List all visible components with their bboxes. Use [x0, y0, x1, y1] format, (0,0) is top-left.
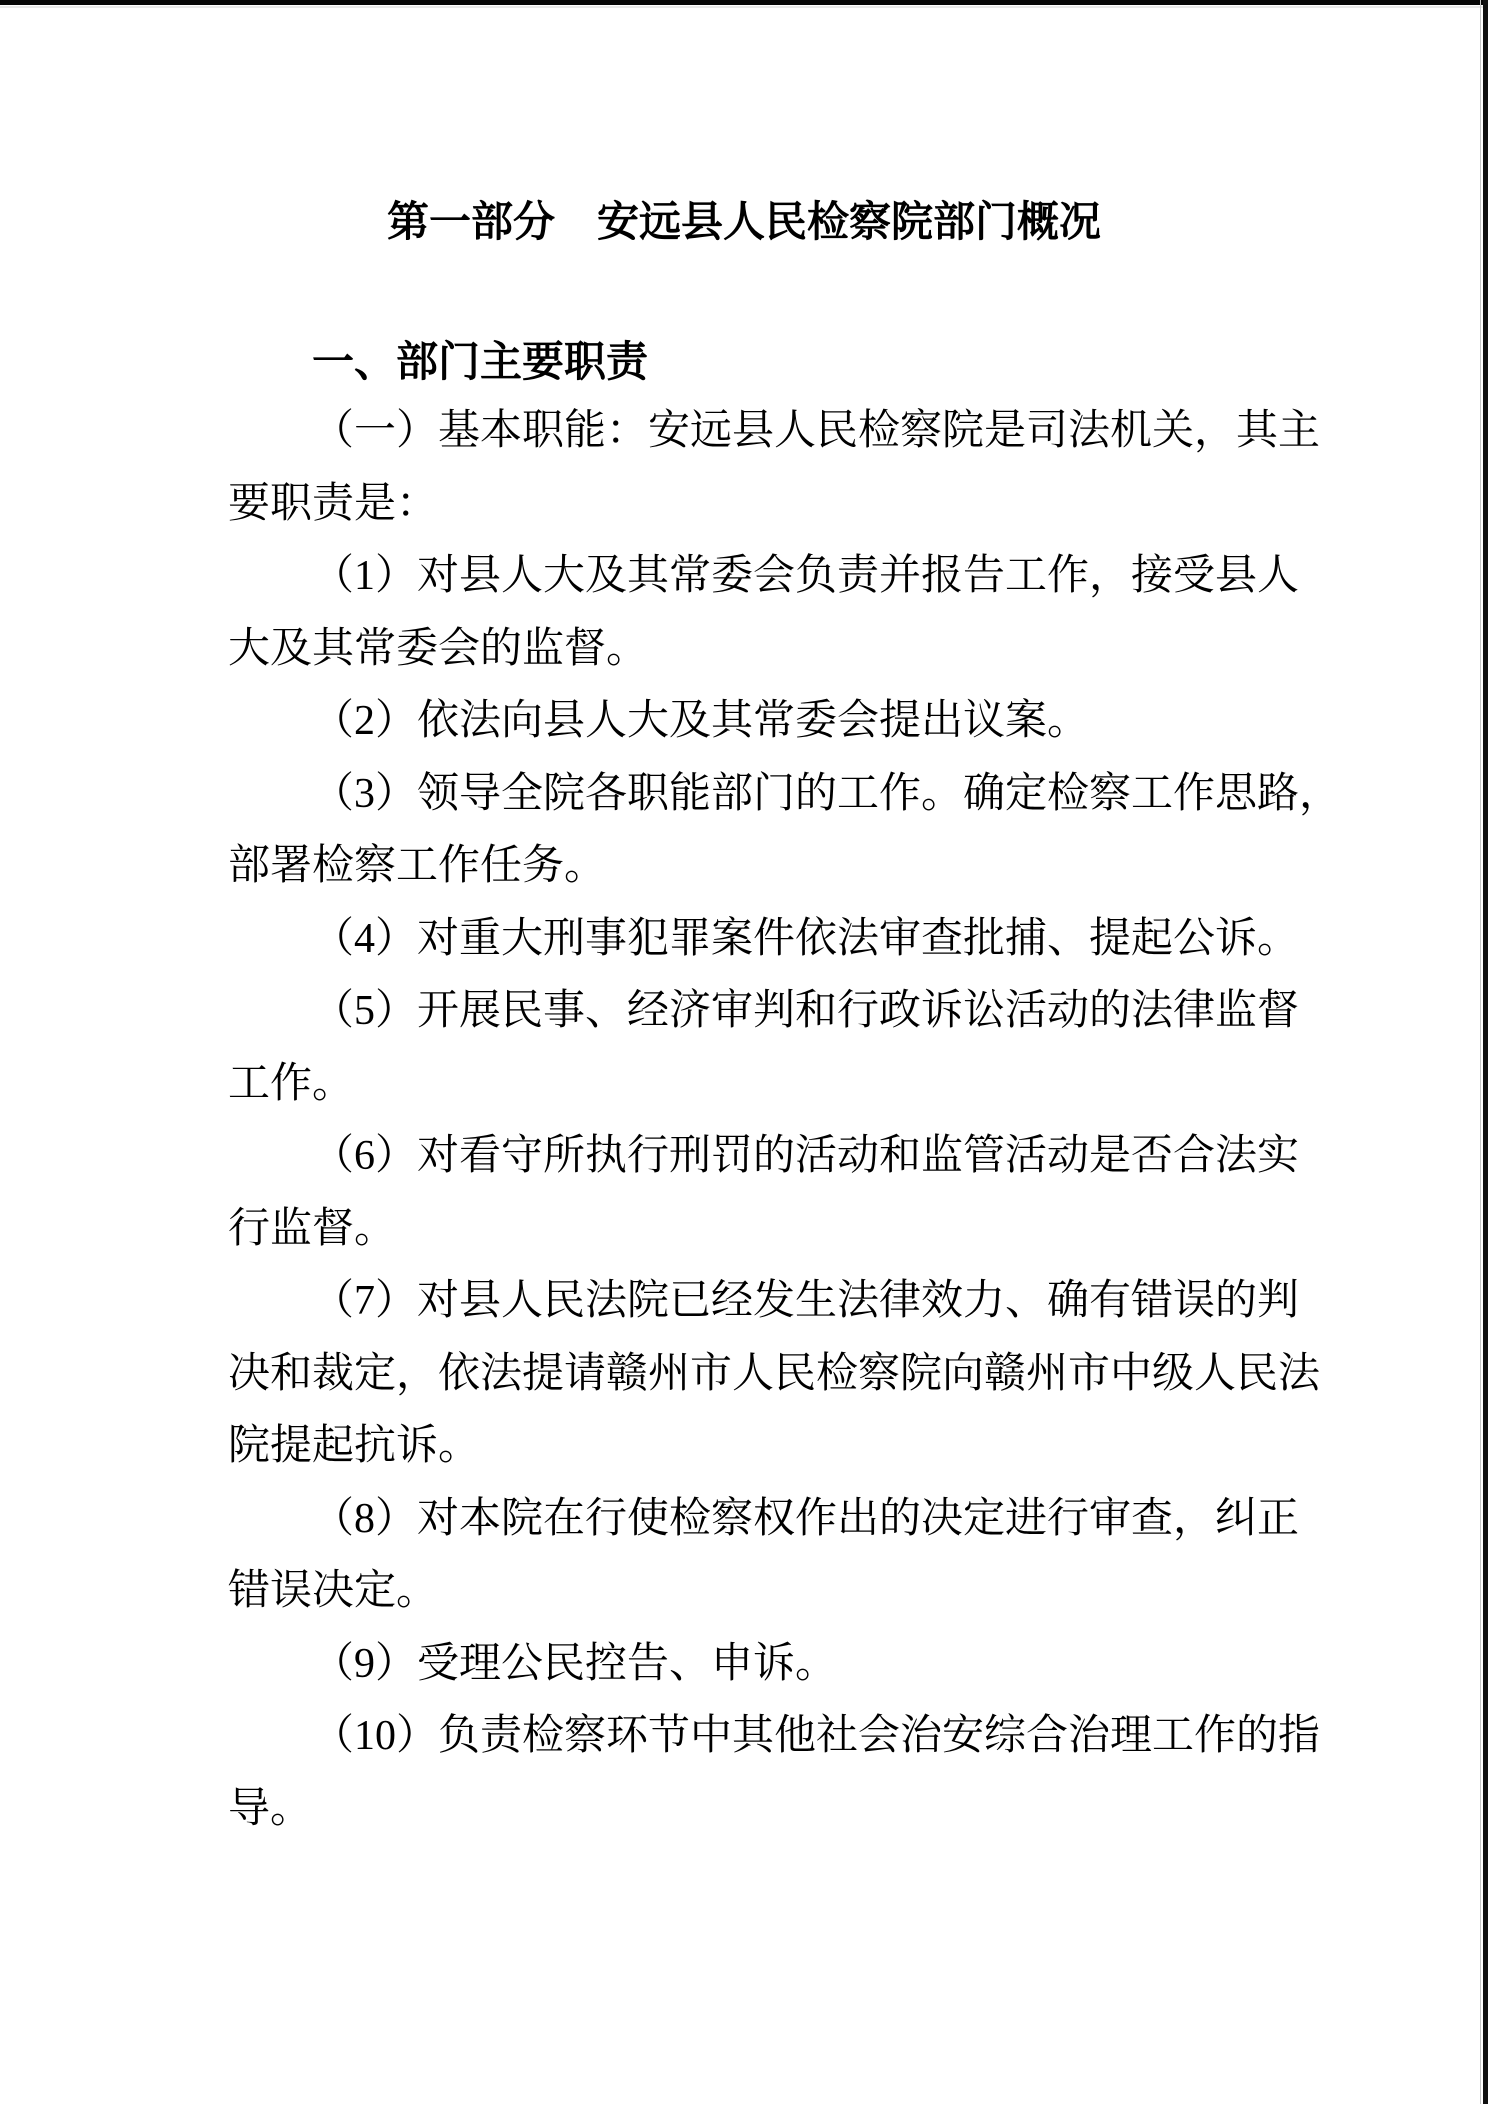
- body-line: （一）基本职能：安远县人民检察院是司法机关，其主: [228, 395, 1278, 468]
- body-line: 工作。: [228, 1048, 1278, 1121]
- body-line: 大及其常委会的监督。: [228, 613, 1278, 686]
- section-heading: 一、部门主要职责: [228, 326, 648, 398]
- document-body: （一）基本职能：安远县人民检察院是司法机关，其主要职责是：（1）对县人大及其常委…: [228, 395, 1278, 1845]
- body-line: （5）开展民事、经济审判和行政诉讼活动的法律监督: [228, 975, 1278, 1048]
- scan-edge-right: [1483, 0, 1488, 2104]
- document-title: 第一部分 安远县人民检察院部门概况: [0, 186, 1488, 258]
- body-line: （3）领导全院各职能部门的工作。确定检察工作思路，: [228, 758, 1278, 831]
- scan-edge-top: [0, 0, 1488, 5]
- body-line: （10）负责检察环节中其他社会治安综合治理工作的指: [228, 1700, 1278, 1773]
- body-line: 要职责是：: [228, 468, 1278, 541]
- body-line: （1）对县人大及其常委会负责并报告工作，接受县人: [228, 540, 1278, 613]
- body-line: （4）对重大刑事犯罪案件依法审查批捕、提起公诉。: [228, 903, 1278, 976]
- body-line: （7）对县人民法院已经发生法律效力、确有错误的判: [228, 1265, 1278, 1338]
- body-line: 错误决定。: [228, 1555, 1278, 1628]
- body-line: （6）对看守所执行刑罚的活动和监管活动是否合法实: [228, 1120, 1278, 1193]
- body-line: 行监督。: [228, 1193, 1278, 1266]
- body-line: （2）依法向县人大及其常委会提出议案。: [228, 685, 1278, 758]
- scan-edge-right-shadow: [1480, 0, 1481, 2104]
- body-line: （9）受理公民控告、申诉。: [228, 1628, 1278, 1701]
- document-page: 第一部分 安远县人民检察院部门概况 一、部门主要职责 （一）基本职能：安远县人民…: [0, 0, 1488, 2104]
- body-line: 部署检察工作任务。: [228, 830, 1278, 903]
- body-line: 导。: [228, 1773, 1278, 1846]
- body-line: （8）对本院在行使检察权作出的决定进行审查，纠正: [228, 1483, 1278, 1556]
- body-line: 决和裁定，依法提请赣州市人民检察院向赣州市中级人民法: [228, 1338, 1278, 1411]
- body-line: 院提起抗诉。: [228, 1410, 1278, 1483]
- scan-edge-top-shadow: [0, 6, 1488, 8]
